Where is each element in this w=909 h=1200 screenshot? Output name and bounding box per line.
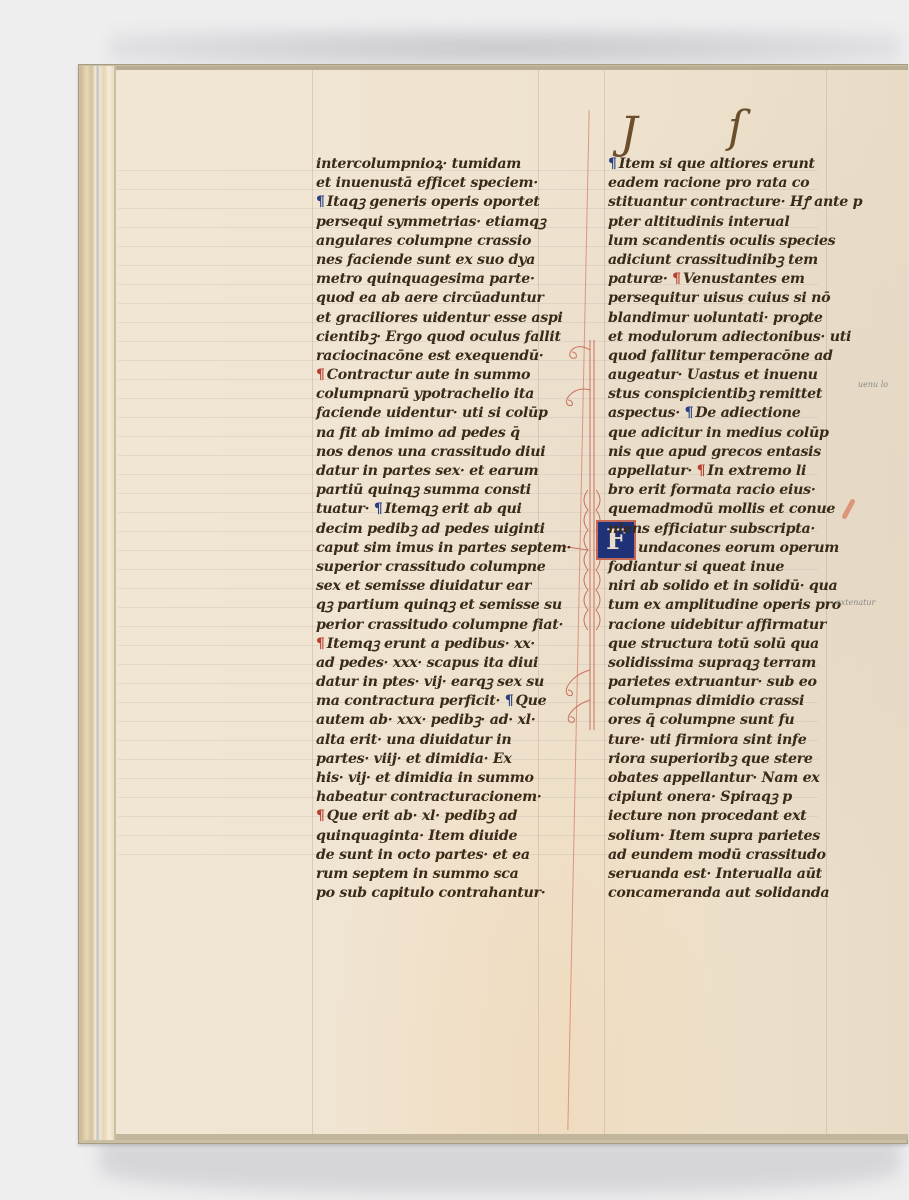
paragraph-mark-icon: ¶ (316, 636, 325, 651)
line-text: Itaqꝫ generis operis oportet (327, 195, 540, 210)
manuscript-line: faciende uidentur· uti si colūp (316, 405, 548, 423)
line-text: tum ex amplitudine operis pro (608, 598, 841, 613)
line-text: datur in partes sex· et earum (316, 463, 538, 478)
line-text: cipiunt onera· Spiraqꝫ p (608, 790, 792, 805)
line-text: nis que apud grecos entasis (608, 444, 821, 459)
manuscript-line: partes· viij· et dimidia· Ex (316, 750, 548, 768)
line-text: metro quinquagesima parte· (316, 272, 535, 287)
manuscript-line: quod fallitur temperacōne ad (608, 347, 840, 365)
line-text: undacones eorum operum (638, 540, 839, 555)
manuscript-line: et inuenustā efficet speciem· (316, 175, 548, 193)
manuscript-line: ¶Item si que altiores erunt (608, 155, 840, 173)
ascender-long-s: ſ (728, 102, 744, 153)
manuscript-line: ¶Itemqꝫ erunt a pedibus· xx· (316, 635, 548, 653)
manuscript-line: habeatur contracturacionem· (316, 789, 548, 807)
manuscript-line: et graciliores uidentur esse aspi (316, 309, 548, 327)
line-text: faciende uidentur· uti si colūp (316, 406, 548, 421)
line-text: pter altitudinis interual (608, 214, 789, 229)
marginal-note-upper: uenu lo (858, 380, 888, 389)
line-text: seruanda est· Interualla aūt (608, 866, 822, 881)
paragraph-mark-icon: ¶ (316, 809, 325, 824)
manuscript-line: partiū quinqꝫ summa consti (316, 482, 548, 500)
line-text: datur in ptes· vij· earqꝫ sex su (316, 674, 544, 689)
line-text: quod ea ab aere circūaduntur (316, 291, 544, 306)
line-text: In extremo li (707, 463, 806, 478)
paragraph-mark-icon: ¶ (672, 272, 681, 287)
line-text: po sub capitulo contrahantur· (316, 886, 545, 901)
manuscript-line: ores q̄ columpne sunt fu (608, 712, 840, 730)
ruling-vertical-left-outer (312, 70, 313, 1134)
manuscript-line: ¶Itaqꝫ generis operis oportet (316, 194, 548, 212)
line-text: Que (516, 694, 547, 709)
manuscript-line: nes faciende sunt ex suo dya (316, 251, 548, 269)
line-text: partes· viij· et dimidia· Ex (316, 751, 512, 766)
page-bottom-edge (116, 1134, 908, 1140)
line-text: rum septem in summo sca (316, 866, 519, 881)
line-text: obates appellantur· Nam ex (608, 770, 819, 785)
manuscript-line: niri ab solido et in solidū· qua (608, 578, 840, 596)
manuscript-line: perior crassitudo columpne fiat· (316, 616, 548, 634)
page-edges-stack (80, 66, 114, 1140)
line-text: De adiectione (695, 406, 800, 421)
manuscript-line: superior crassitudo columpne (316, 558, 548, 576)
manuscript-line: adiciunt crassitudinibꝫ tem (608, 251, 840, 269)
line-text: quemadmodū mollis et conue (608, 502, 835, 517)
line-text: alta erit· una diuidatur in (316, 732, 511, 747)
line-text: caput sim imus in partes septem· (316, 540, 571, 555)
line-text: racione uidebitur affirmatur (608, 617, 826, 632)
line-text: de sunt in octo partes· et ea (316, 847, 530, 862)
line-text: solidissima supraqꝫ terram (608, 655, 816, 670)
line-text: ad pedes· xxx· scapus ita diui (316, 655, 538, 670)
manuscript-line: raciocinacōne est exequendū· (316, 347, 548, 365)
manuscript-line: rum septem in summo sca (316, 865, 548, 883)
line-text: bro erit formata racio eius· (608, 483, 815, 498)
manuscript-line: intercolumpnioꝝ· tumidam (316, 155, 548, 173)
manuscript-line: po sub capitulo contrahantur· (316, 885, 548, 903)
line-text: persequitur uisus cuius si nō (608, 291, 830, 306)
paragraph-mark-icon: ¶ (505, 694, 514, 709)
text-column-left: intercolumpnioꝝ· tumidamet inuenustā eff… (316, 155, 548, 903)
line-text: columpnas dimidio crassi (608, 694, 804, 709)
manuscript-line: iecture non procedant ext (608, 808, 840, 826)
manuscript-line: ad eundem modū crassitudo (608, 846, 840, 864)
manuscript-line: his· vij· et dimidia in summo (316, 769, 548, 787)
line-text: iecture non procedant ext (608, 809, 806, 824)
line-text: adiciunt crassitudinibꝫ tem (608, 252, 818, 267)
line-text: que adicitur in medius colūp (608, 425, 829, 440)
line-text: ma contractura perficit· (316, 694, 500, 709)
line-text: que structura totū solū qua (608, 636, 819, 651)
line-text: Itemqꝫ erunt a pedibus· xx· (327, 636, 535, 651)
manuscript-line: ma contractura perficit· ¶Que (316, 693, 548, 711)
line-text: superior crassitudo columpne (316, 559, 546, 574)
manuscript-line: caput sim imus in partes septem· (316, 539, 548, 557)
manuscript-line: nos denos una crassitudo diui (316, 443, 548, 461)
line-text: lum scandentis oculis species (608, 233, 835, 248)
manuscript-line: ad pedes· xxx· scapus ita diui (316, 654, 548, 672)
line-text: partiū quinqꝫ summa consti (316, 483, 531, 498)
line-text: Que erit ab· xl· pedibꝫ ad (327, 809, 517, 824)
line-text: perior crassitudo columpne fiat· (316, 617, 563, 632)
manuscript-line: et modulorum adiectonibus· uti (608, 328, 840, 346)
manuscript-line: que adicitur in medius colūp (608, 424, 840, 442)
line-text: et inuenustā efficet speciem· (316, 176, 538, 191)
manuscript-line: persequitur uisus cuius si nō (608, 290, 840, 308)
paragraph-mark-icon: ¶ (316, 195, 325, 210)
line-text: intercolumpnioꝝ· tumidam (316, 156, 521, 171)
line-text: augeatur· Uastus et inuenu (608, 367, 818, 382)
manuscript-line: columpnarū ypotrachelio ita (316, 386, 548, 404)
line-text: niens efficiatur subscripta· (608, 521, 815, 536)
ascender-j: J (620, 108, 638, 159)
manuscript-line: bro erit formata racio eius· (608, 482, 840, 500)
manuscript-line: ¶Que erit ab· xl· pedibꝫ ad (316, 808, 548, 826)
manuscript-line: na fit ab imimo ad pedes q̄ (316, 424, 548, 442)
line-text: qꝫ partium quinqꝫ et semisse su (316, 598, 562, 613)
manuscript-line: obates appellantur· Nam ex (608, 769, 840, 787)
line-text: aspectus· (608, 406, 680, 421)
manuscript-line: eadem racione pro rata co (608, 175, 840, 193)
line-text: angulares columpne crassio (316, 233, 531, 248)
manuscript-line: de sunt in octo partes· et ea (316, 846, 548, 864)
manuscript-line: qꝫ partium quinqꝫ et semisse su (316, 597, 548, 615)
manuscript-line: solium· Item supra parietes (608, 827, 840, 845)
manuscript-line: tum ex amplitudine operis pro (608, 597, 840, 615)
manuscript-line: pter altitudinis interual (608, 213, 840, 231)
manuscript-line: autem ab· xxx· pedibꝫ· ad· xl· (316, 712, 548, 730)
line-text: fodiantur si queat inue (608, 559, 784, 574)
manuscript-line: tuatur· ¶Itemqꝫ erit ab qui (316, 501, 548, 519)
manuscript-line: concameranda aut solidanda (608, 885, 840, 903)
manuscript-line: metro quinquagesima parte· (316, 271, 548, 289)
manuscript-line: undacones eorum operum (608, 539, 840, 557)
paragraph-mark-icon: ¶ (685, 406, 694, 421)
line-text: Itemqꝫ erit ab qui (385, 502, 522, 517)
line-text: Item si que altiores erunt (619, 156, 815, 171)
manuscript-line: augeatur· Uastus et inuenu (608, 367, 840, 385)
marginal-note-lower: extenatur (836, 598, 875, 607)
manuscript-line: quinquaginta· Item diuide (316, 827, 548, 845)
manuscript-line: solidissima supraqꝫ terram (608, 654, 840, 672)
line-text: appellatur· (608, 463, 692, 478)
manuscript-line: fodiantur si queat inue (608, 558, 840, 576)
line-text: stituantur contracture· Hꝭ ante p (608, 195, 862, 210)
manuscript-line: persequi symmetrias· etiamqꝫ (316, 213, 548, 231)
line-text: ores q̄ columpne sunt fu (608, 713, 794, 728)
paragraph-mark-icon: ¶ (316, 367, 325, 382)
line-text: ad eundem modū crassitudo (608, 847, 826, 862)
line-text: nos denos una crassitudo diui (316, 444, 545, 459)
line-text: concameranda aut solidanda (608, 886, 829, 901)
manuscript-line: aspectus· ¶De adiectione (608, 405, 840, 423)
manuscript-line: paturæ· ¶Venustantes em (608, 271, 840, 289)
manuscript-line: columpnas dimidio crassi (608, 693, 840, 711)
manuscript-line: angulares columpne crassio (316, 232, 548, 250)
line-text: niri ab solido et in solidū· qua (608, 579, 837, 594)
manuscript-line: cipiunt onera· Spiraqꝫ p (608, 789, 840, 807)
line-text: tuatur· (316, 502, 369, 517)
manuscript-line: racione uidebitur affirmatur (608, 616, 840, 634)
line-text: quinquaginta· Item diuide (316, 828, 517, 843)
line-text: nes faciende sunt ex suo dya (316, 252, 535, 267)
line-text: persequi symmetrias· etiamqꝫ (316, 214, 546, 229)
line-text: habeatur contracturacionem· (316, 790, 541, 805)
manuscript-line: blandimur uoluntati· proꝑte (608, 309, 840, 327)
line-text: decim pedibꝫ ad pedes uiginti (316, 521, 545, 536)
line-text: sex et semisse diuidatur ear (316, 579, 531, 594)
manuscript-line: cientibꝫ· Ergo quod oculus fallit (316, 328, 548, 346)
manuscript-line: quod ea ab aere circūaduntur (316, 290, 548, 308)
manuscript-line: nis que apud grecos entasis (608, 443, 840, 461)
line-text: parietes extruantur· sub eo (608, 674, 817, 689)
manuscript-line: appellatur· ¶In extremo li (608, 462, 840, 480)
manuscript-line: ¶Contractur aute in summo (316, 367, 548, 385)
line-text: his· vij· et dimidia in summo (316, 770, 534, 785)
line-text: quod fallitur temperacōne ad (608, 348, 833, 363)
line-text: cientibꝫ· Ergo quod oculus fallit (316, 329, 561, 344)
line-text: et graciliores uidentur esse aspi (316, 310, 563, 325)
manuscript-line: seruanda est· Interualla aūt (608, 865, 840, 883)
decorated-ascenders: J ſ (620, 108, 800, 158)
line-text: autem ab· xxx· pedibꝫ· ad· xl· (316, 713, 535, 728)
line-text: stus conspicientibꝫ remittet (608, 387, 822, 402)
manuscript-line: niens efficiatur subscripta· (608, 520, 840, 538)
text-column-right: ¶Item si que altiores erunteadem racione… (608, 155, 840, 903)
line-text: et modulorum adiectonibus· uti (608, 329, 851, 344)
manuscript-line: stituantur contracture· Hꝭ ante p (608, 194, 840, 212)
line-text: columpnarū ypotrachelio ita (316, 387, 534, 402)
line-text: eadem racione pro rata co (608, 176, 809, 191)
manuscript-line: lum scandentis oculis species (608, 232, 840, 250)
manuscript-line: que structura totū solū qua (608, 635, 840, 653)
line-text: solium· Item supra parietes (608, 828, 820, 843)
paragraph-mark-icon: ¶ (374, 502, 383, 517)
line-text: Venustantes em (683, 272, 805, 287)
manuscript-line: riora superioribꝫ que stere (608, 750, 840, 768)
manuscript-line: decim pedibꝫ ad pedes uiginti (316, 520, 548, 538)
manuscript-line: stus conspicientibꝫ remittet (608, 386, 840, 404)
line-text: ture· uti firmiora sint infe (608, 732, 807, 747)
manuscript-line: sex et semisse diuidatur ear (316, 578, 548, 596)
manuscript-line: datur in partes sex· et earum (316, 462, 548, 480)
book-shadow-bottom (100, 1138, 900, 1193)
line-text: Contractur aute in summo (327, 367, 530, 382)
line-text: riora superioribꝫ que stere (608, 751, 813, 766)
book-shadow-top (110, 28, 900, 68)
manuscript-line: quemadmodū mollis et conue (608, 501, 840, 519)
line-text: paturæ· (608, 272, 668, 287)
manuscript-line: alta erit· una diuidatur in (316, 731, 548, 749)
manuscript-line: parietes extruantur· sub eo (608, 674, 840, 692)
manuscript-line: datur in ptes· vij· earqꝫ sex su (316, 674, 548, 692)
paragraph-mark-icon: ¶ (697, 463, 706, 478)
paragraph-mark-icon: ¶ (608, 156, 617, 171)
manuscript-line: ture· uti firmiora sint infe (608, 731, 840, 749)
line-text: raciocinacōne est exequendū· (316, 348, 543, 363)
line-text: blandimur uoluntati· proꝑte (608, 310, 823, 325)
line-text: na fit ab imimo ad pedes q̄ (316, 425, 520, 440)
